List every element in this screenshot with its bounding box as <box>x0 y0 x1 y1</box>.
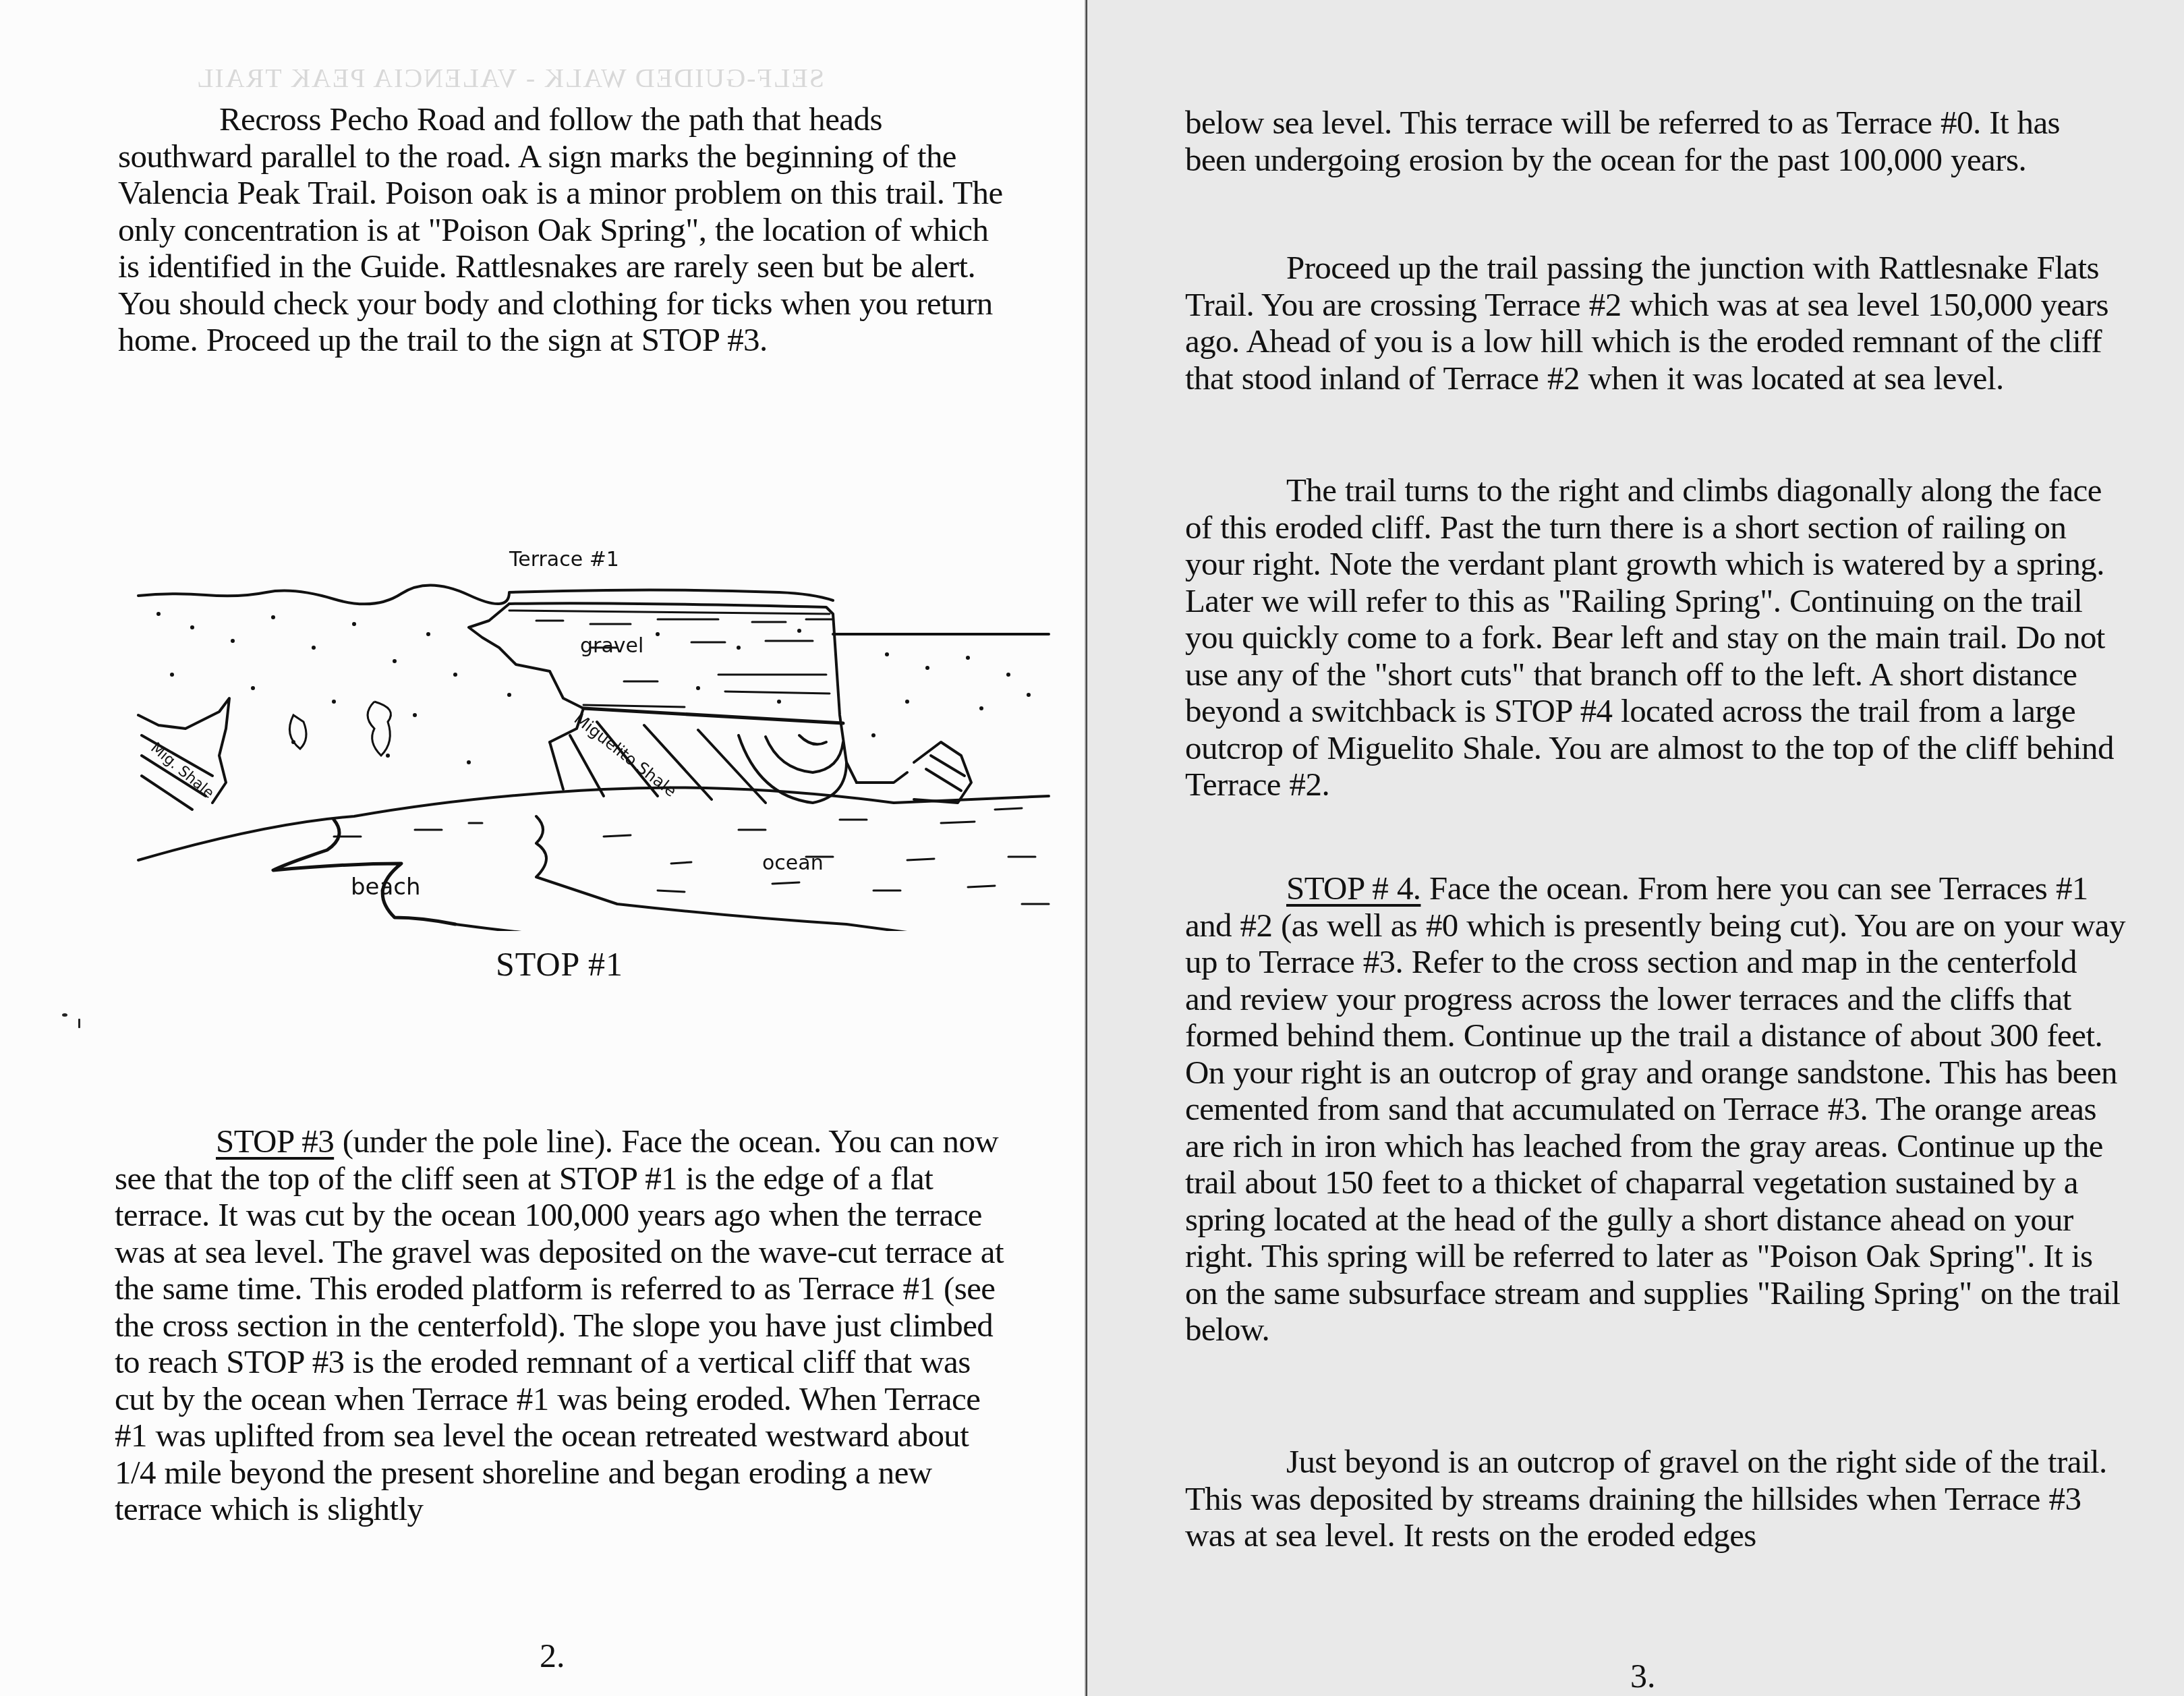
stop1-cliff-sketch: Terrace #1 gravel Miguelito Shale Mig. S… <box>132 540 1056 931</box>
gravel-outcrop-text: Just beyond is an outcrop of gravel on t… <box>1185 1444 2126 1554</box>
railing-spring-paragraph: The trail turns to the right and climbs … <box>1185 472 2126 803</box>
intro-text: Recross Pecho Road and follow the path t… <box>118 101 1008 359</box>
header-bleedthrough: SELF-GUIDED WALK - VALENCIA PEAK TRAIL <box>196 62 824 94</box>
terrace2-text: Proceed up the trail passing the junctio… <box>1185 250 2126 397</box>
page-number-left: 2. <box>540 1636 565 1675</box>
figure-caption: STOP #1 <box>496 944 623 984</box>
page-number-right: 3. <box>1630 1656 1656 1695</box>
stop4-heading: STOP # 4. <box>1286 870 1420 907</box>
continued-text: below sea level. This terrace will be re… <box>1185 105 2126 178</box>
gravel-label: gravel <box>580 634 643 658</box>
scan-speck <box>62 1013 67 1017</box>
stop4-paragraph: STOP # 4. Face the ocean. From here you … <box>1185 870 2126 1349</box>
railing-spring-text: The trail turns to the right and climbs … <box>1185 472 2126 803</box>
stop3-text: (under the pole line). Face the ocean. Y… <box>115 1123 1004 1527</box>
beach-label: beach <box>351 874 421 901</box>
left-page: SELF-GUIDED WALK - VALENCIA PEAK TRAIL R… <box>0 0 1087 1696</box>
terrace2-paragraph: Proceed up the trail passing the junctio… <box>1185 250 2126 397</box>
scan-speck <box>78 1019 80 1028</box>
ocean-label: ocean <box>762 851 824 875</box>
terrace-1-label: Terrace #1 <box>509 548 619 571</box>
stop4-text: Face the ocean. From here you can see Te… <box>1185 870 2125 1348</box>
stop3-heading: STOP #3 <box>216 1123 334 1160</box>
right-page: below sea level. This terrace will be re… <box>1087 0 2184 1696</box>
gravel-outcrop-paragraph: Just beyond is an outcrop of gravel on t… <box>1185 1444 2126 1554</box>
intro-paragraph: Recross Pecho Road and follow the path t… <box>118 101 1008 359</box>
stop3-paragraph: STOP #3 (under the pole line). Face the … <box>115 1123 1005 1528</box>
continued-paragraph: below sea level. This terrace will be re… <box>1185 105 2126 178</box>
